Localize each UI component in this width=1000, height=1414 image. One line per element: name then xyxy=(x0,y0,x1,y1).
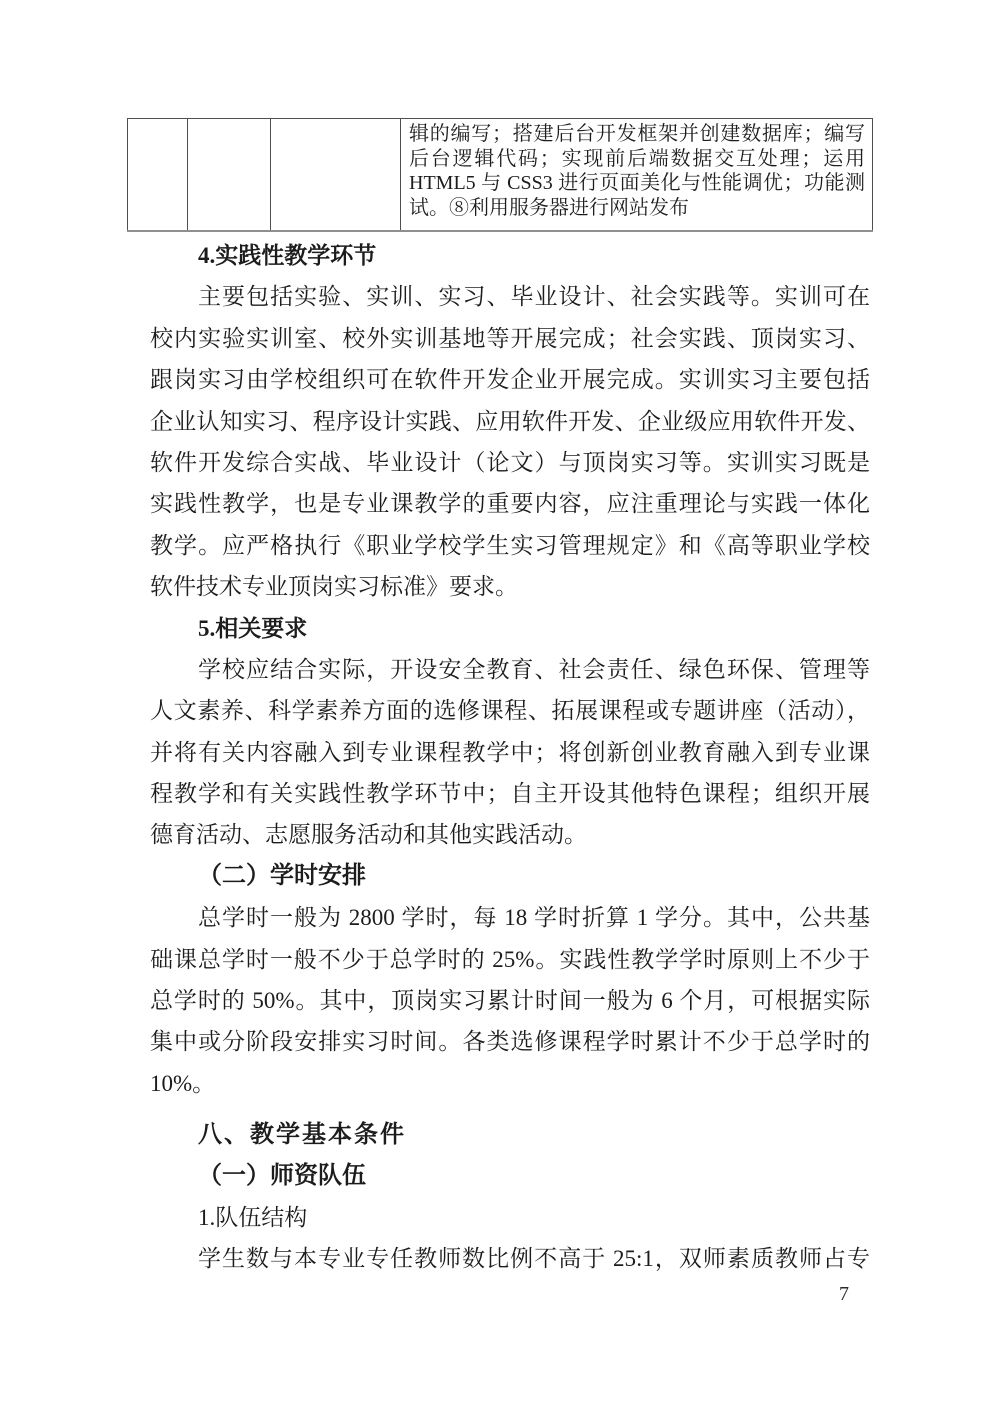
text-line: 人文素养、科学素养方面的选修课程、拓展课程或专题讲座（活动）， xyxy=(150,690,870,731)
paragraph: 总学时一般为 2800 学时，每 18 学时折算 1 学分。其中，公共基础课总学… xyxy=(150,897,870,1104)
table-text-line: 试。⑧利用服务器进行网站发布 xyxy=(409,196,865,221)
table-text-line: HTML5 与 CSS3 进行页面美化与性能调优；功能测 xyxy=(409,171,865,196)
paragraph: 学校应结合实际，开设安全教育、社会责任、绿色环保、管理等人文素养、科学素养方面的… xyxy=(150,649,870,856)
page-number: 7 xyxy=(828,1283,860,1306)
text-line: 集中或分阶段安排实习时间。各类选修课程学时累计不少于总学时的 xyxy=(150,1021,870,1062)
text-line: 主要包括实验、实训、实习、毕业设计、社会实践等。实训可在 xyxy=(150,276,870,317)
section-heading: 4.实践性教学环节 xyxy=(150,235,870,276)
text-line: 总学时的 50%。其中，顶岗实习累计时间一般为 6 个月，可根据实际 xyxy=(150,980,870,1021)
course-table-fragment: 辑的编写；搭建后台开发框架并创建数据库；编写后台逻辑代码；实现前后端数据交互处理… xyxy=(127,118,873,232)
text-line: 并将有关内容融入到专业课程教学中；将创新创业教育融入到专业课 xyxy=(150,732,870,773)
section-heading: 5.相关要求 xyxy=(150,608,870,649)
paragraph: 学生数与本专业专任教师数比例不高于 25:1，双师素质教师占专 xyxy=(150,1238,870,1279)
section-heading: （二）学时安排 xyxy=(150,856,870,897)
text-line: 实践性教学，也是专业课教学的重要内容，应注重理论与实践一体化 xyxy=(150,483,870,524)
table-cell-empty-3 xyxy=(271,119,401,232)
text-line: 础课总学时一般不少于总学时的 25%。实践性教学学时原则上不少于 xyxy=(150,939,870,980)
table-cell-empty-1 xyxy=(128,119,188,232)
text-line: 10%。 xyxy=(150,1063,870,1104)
section-heading: 八、教学基本条件 xyxy=(150,1114,870,1155)
text-line: 校内实验实训室、校外实训基地等开展完成；社会实践、顶岗实习、 xyxy=(150,318,870,359)
table-cell-course-content: 辑的编写；搭建后台开发框架并创建数据库；编写后台逻辑代码；实现前后端数据交互处理… xyxy=(401,119,873,232)
text-line: 企业认知实习、程序设计实践、应用软件开发、企业级应用软件开发、 xyxy=(150,401,870,442)
text-line: 教学。应严格执行《职业学校学生实习管理规定》和《高等职业学校 xyxy=(150,525,870,566)
text-line: 跟岗实习由学校组织可在软件开发企业开展完成。实训实习主要包括 xyxy=(150,359,870,400)
text-line: 总学时一般为 2800 学时，每 18 学时折算 1 学分。其中，公共基 xyxy=(150,897,870,938)
table-text-line: 辑的编写；搭建后台开发框架并创建数据库；编写 xyxy=(409,122,865,147)
text-line: 学校应结合实际，开设安全教育、社会责任、绿色环保、管理等 xyxy=(150,649,870,690)
table-cell-empty-2 xyxy=(188,119,271,232)
paragraph: 主要包括实验、实训、实习、毕业设计、社会实践等。实训可在校内实验实训室、校外实训… xyxy=(150,276,870,607)
document-page: 辑的编写；搭建后台开发框架并创建数据库；编写后台逻辑代码；实现前后端数据交互处理… xyxy=(0,0,1000,1414)
table-text-line: 后台逻辑代码；实现前后端数据交互处理；运用 xyxy=(409,147,865,172)
table-row: 辑的编写；搭建后台开发框架并创建数据库；编写后台逻辑代码；实现前后端数据交互处理… xyxy=(128,119,873,232)
document-body: 4.实践性教学环节主要包括实验、实训、实习、毕业设计、社会实践等。实训可在校内实… xyxy=(150,235,870,1280)
text-line: 程教学和有关实践性教学环节中；自主开设其他特色课程；组织开展 xyxy=(150,773,870,814)
text-line: 德育活动、志愿服务活动和其他实践活动。 xyxy=(150,814,870,855)
text-line: 软件开发综合实战、毕业设计（论文）与顶岗实习等。实训实习既是 xyxy=(150,442,870,483)
text-line: 学生数与本专业专任教师数比例不高于 25:1，双师素质教师占专 xyxy=(150,1238,870,1279)
section-heading: 1.队伍结构 xyxy=(150,1197,870,1238)
text-line: 软件技术专业顶岗实习标准》要求。 xyxy=(150,566,870,607)
section-heading: （一）师资队伍 xyxy=(150,1156,870,1197)
